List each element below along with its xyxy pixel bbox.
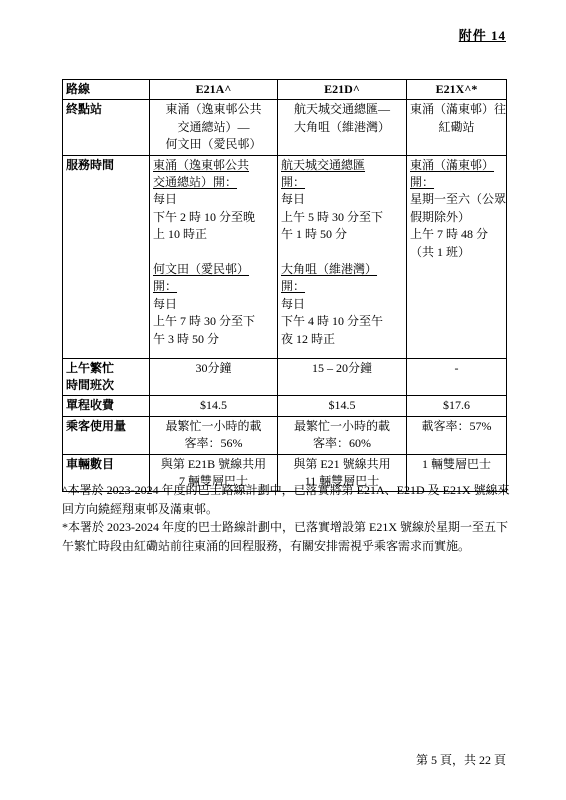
cell-line: 每日 <box>153 296 274 313</box>
cell-line: 客率：56% <box>153 435 274 452</box>
patronage-label: 乘客使用量 <box>63 416 150 454</box>
fare-row: 單程收費 $14.5 $14.5 $17.6 <box>63 396 507 416</box>
peak-cell-e21x: - <box>407 358 507 396</box>
terminus-cell-e21d: 航天城交通總匯— 大角咀（維港灣） <box>278 100 407 155</box>
cell-line: 最繁忙一小時的載 <box>153 418 274 435</box>
cell-line: 紅磡站 <box>410 119 503 136</box>
cell-line: 下午 2 時 10 分至晚 <box>153 209 274 226</box>
service-cell-e21x: 東涌（滿東邨） 開： 星期一至六（公眾 假期除外） 上午 7 時 48 分 （共… <box>407 155 507 358</box>
cell-line: 上午 5 時 30 分至下 <box>281 209 403 226</box>
footnote-line: ^本署於 2023-2024 年度的巴士路線計劃中，已落實將第 E21A、E21… <box>62 481 514 500</box>
usage-cell-e21a: 最繁忙一小時的載 客率：56% <box>150 416 278 454</box>
route-col-e21d: E21D^ <box>278 80 407 100</box>
cell-line: 開： <box>410 174 503 191</box>
bus-route-table: 路線 E21A^ E21D^ E21X^* 終點站 東涌（逸東邨公共 交通總站）… <box>62 79 507 492</box>
cell-line: 交通總站）— <box>153 119 274 136</box>
cell-line: 開： <box>281 174 403 191</box>
service-cell-e21d: 航天城交通總匯 開： 每日 上午 5 時 30 分至下 午 1 時 50 分 大… <box>278 155 407 358</box>
cell-line: 何文田（愛民邨） <box>153 136 274 153</box>
footnote-line: 回方向繞經翔東邨及滿東邨。 <box>62 500 514 519</box>
label-line: 上午繁忙 <box>66 360 146 377</box>
cell-line: 星期一至六（公眾 <box>410 191 503 208</box>
table-header-row: 路線 E21A^ E21D^ E21X^* <box>63 80 507 100</box>
cell-line: 何文田（愛民邨） <box>153 261 274 278</box>
terminus-cell-e21x: 東涌（滿東邨）往 紅磡站 <box>407 100 507 155</box>
cell-line: 上午 7 時 48 分 <box>410 226 503 243</box>
usage-cell-e21x: 載客率：57% <box>407 416 507 454</box>
peak-cell-e21d: 15 – 20分鐘 <box>278 358 407 396</box>
cell-line: （共 1 班） <box>410 244 503 261</box>
cell-line: 與第 E21 號線共用 <box>281 456 403 473</box>
fare-cell-e21d: $14.5 <box>278 396 407 416</box>
service-hours-label: 服務時間 <box>63 155 150 358</box>
cell-line: 大角咀（維港灣） <box>281 261 403 278</box>
cell-line: 上午 7 時 30 分至下 <box>153 313 274 330</box>
am-peak-frequency-row: 上午繁忙 時間班次 30分鐘 15 – 20分鐘 - <box>63 358 507 396</box>
cell-line: 每日 <box>281 296 403 313</box>
patronage-row: 乘客使用量 最繁忙一小時的載 客率：56% 最繁忙一小時的載 客率：60% 載客… <box>63 416 507 454</box>
usage-cell-e21d: 最繁忙一小時的載 客率：60% <box>278 416 407 454</box>
cell-line: 午 1 時 50 分 <box>281 226 403 243</box>
cell-line: 開： <box>153 278 274 295</box>
page-footer: 第 5 頁，共 22 頁 <box>416 751 506 768</box>
fare-cell-e21x: $17.6 <box>407 396 507 416</box>
terminus-label: 終點站 <box>63 100 150 155</box>
appendix-label: 附件 14 <box>459 25 506 44</box>
fare-label: 單程收費 <box>63 396 150 416</box>
cell-line: 航天城交通總匯 <box>281 157 403 174</box>
footnote-line: 午繁忙時段由紅磡站前往東涌的回程服務，有關安排需視乎乘客需求而實施。 <box>62 537 514 556</box>
cell-line: 下午 4 時 10 分至午 <box>281 313 403 330</box>
cell-line: 午 3 時 50 分 <box>153 331 274 348</box>
cell-line: 與第 E21B 號線共用 <box>153 456 274 473</box>
cell-line: 東涌（滿東邨） <box>410 157 503 174</box>
route-col-e21a: E21A^ <box>150 80 278 100</box>
cell-line: 最繁忙一小時的載 <box>281 418 403 435</box>
cell-line: 每日 <box>153 191 274 208</box>
cell-line: 假期除外） <box>410 209 503 226</box>
am-peak-frequency-label: 上午繁忙 時間班次 <box>63 358 150 396</box>
cell-line: 航天城交通總匯— <box>281 101 403 118</box>
cell-line: 客率：60% <box>281 435 403 452</box>
service-cell-e21a: 東涌（逸東邨公共 交通總站）開： 每日 下午 2 時 10 分至晚 上 10 時… <box>150 155 278 358</box>
label-line: 時間班次 <box>66 377 146 394</box>
cell-line: 交通總站）開： <box>153 174 274 191</box>
blank-line <box>153 244 274 261</box>
cell-line: 東涌（逸東邨公共 <box>153 101 274 118</box>
cell-line: 開： <box>281 278 403 295</box>
peak-cell-e21a: 30分鐘 <box>150 358 278 396</box>
cell-line: 大角咀（維港灣） <box>281 119 403 136</box>
document-page: 附件 14 路線 E21A^ E21D^ E21X^* 終點站 東涌（逸東邨公共… <box>0 0 566 800</box>
service-hours-row: 服務時間 東涌（逸東邨公共 交通總站）開： 每日 下午 2 時 10 分至晚 上… <box>63 155 507 358</box>
cell-line: 每日 <box>281 191 403 208</box>
footnotes: ^本署於 2023-2024 年度的巴士路線計劃中，已落實將第 E21A、E21… <box>62 481 514 555</box>
cell-line: 東涌（逸東邨公共 <box>153 157 274 174</box>
footnote-line: *本署於 2023-2024 年度的巴士路線計劃中，已落實增設第 E21X 號線… <box>62 518 514 537</box>
fare-cell-e21a: $14.5 <box>150 396 278 416</box>
route-col-e21x: E21X^* <box>407 80 507 100</box>
terminus-row: 終點站 東涌（逸東邨公共 交通總站）— 何文田（愛民邨） 航天城交通總匯— 大角… <box>63 100 507 155</box>
blank-line <box>281 244 403 261</box>
route-header-label: 路線 <box>63 80 150 100</box>
cell-line: 夜 12 時正 <box>281 331 403 348</box>
cell-line: 東涌（滿東邨）往 <box>410 101 503 118</box>
cell-line: 上 10 時正 <box>153 226 274 243</box>
terminus-cell-e21a: 東涌（逸東邨公共 交通總站）— 何文田（愛民邨） <box>150 100 278 155</box>
